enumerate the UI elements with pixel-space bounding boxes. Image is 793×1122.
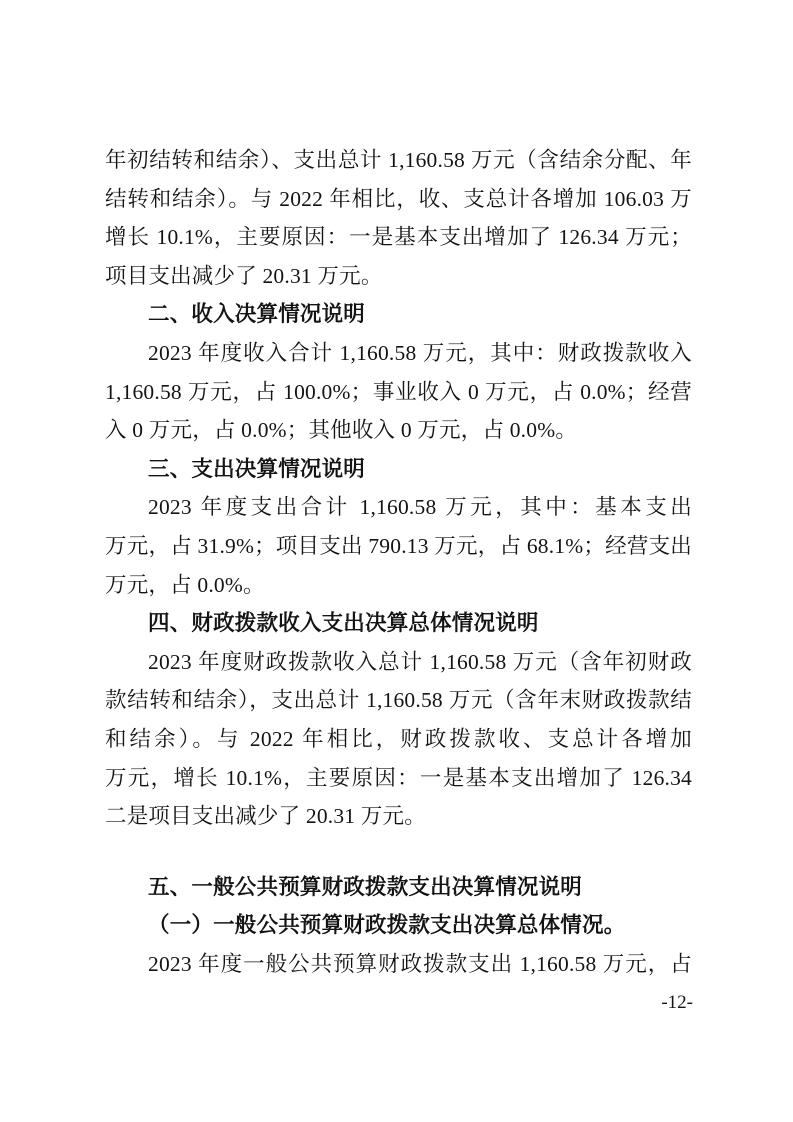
section-general-budget-heading: 五、一般公共预算财政拨款支出决算情况说明	[105, 868, 692, 907]
body-line: 2023 年度支出合计 1,160.58 万元，其中：基本支出 370.45	[105, 488, 692, 527]
body-line: 入 0 万元，占 0.0%；其他收入 0 万元，占 0.0%。	[105, 411, 692, 450]
body-line: 款结转和结余），支出总计 1,160.58 万元（含年末财政拨款结转	[105, 681, 692, 720]
body-line: 结转和结余）。与 2022 年相比，收、支总计各增加 106.03 万元，	[105, 180, 692, 219]
section-fiscal-overview-heading: 四、财政拨款收入支出决算总体情况说明	[105, 604, 692, 643]
page-content: 年初结转和结余）、支出总计 1,160.58 万元（含结余分配、年末 结转和结余…	[105, 141, 692, 983]
section-expenditure: 三、支出决算情况说明 2023 年度支出合计 1,160.58 万元，其中：基本…	[105, 450, 692, 604]
section-intro-continuation: 年初结转和结余）、支出总计 1,160.58 万元（含结余分配、年末 结转和结余…	[105, 141, 692, 295]
page-number: -12-	[661, 992, 693, 1014]
body-line: 项目支出减少了 20.31 万元。	[105, 257, 692, 296]
body-line: 万元，增长 10.1%，主要原因：一是基本支出增加了 126.34 万元；	[105, 759, 692, 798]
section-income: 二、收入决算情况说明 2023 年度收入合计 1,160.58 万元，其中：财政…	[105, 295, 692, 449]
body-line: 2023 年度财政拨款收入总计 1,160.58 万元（含年初财政拨	[105, 643, 692, 682]
section-income-heading: 二、收入决算情况说明	[105, 295, 692, 334]
body-line: 2023 年度一般公共预算财政拨款支出 1,160.58 万元，占本	[105, 945, 692, 984]
body-line: 万元，占 31.9%；项目支出 790.13 万元，占 68.1%；经营支出 0	[105, 527, 692, 566]
document-page: 年初结转和结余）、支出总计 1,160.58 万元（含结余分配、年末 结转和结余…	[0, 0, 793, 1122]
section-fiscal-overview: 四、财政拨款收入支出决算总体情况说明 2023 年度财政拨款收入总计 1,160…	[105, 604, 692, 836]
body-line: 增长 10.1%，主要原因：一是基本支出增加了 126.34 万元；二是	[105, 218, 692, 257]
section-general-budget: 五、一般公共预算财政拨款支出决算情况说明 （一）一般公共预算财政拨款支出决算总体…	[105, 868, 692, 984]
body-line: 二是项目支出减少了 20.31 万元。	[105, 797, 692, 836]
section-expenditure-heading: 三、支出决算情况说明	[105, 450, 692, 489]
body-line: 和结余）。与 2022 年相比，财政拨款收、支总计各增加 106.03	[105, 720, 692, 759]
body-line: 万元，占 0.0%。	[105, 566, 692, 605]
section-general-budget-subheading: （一）一般公共预算财政拨款支出决算总体情况。	[105, 906, 692, 945]
body-line: 年初结转和结余）、支出总计 1,160.58 万元（含结余分配、年末	[105, 141, 692, 180]
body-line: 2023 年度收入合计 1,160.58 万元，其中：财政拨款收入	[105, 334, 692, 373]
body-line: 1,160.58 万元，占 100.0%；事业收入 0 万元，占 0.0%；经营…	[105, 373, 692, 412]
